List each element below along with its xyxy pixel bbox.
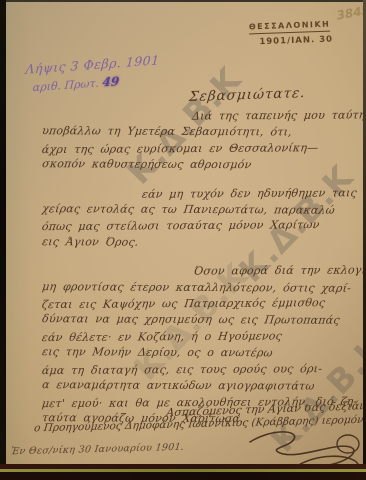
stamp-location: ΘΕΣΣΑΛΟΝΙΚΗ [249, 20, 331, 35]
stamp-date: 1901/ΙΑΝ. 30 [259, 35, 333, 48]
handwritten-line: σκοπόν καθυστερήσεως αθροισμόν [41, 156, 365, 174]
handwritten-line: Όσον αφορά διά την εκλογήν Ιερέως [193, 263, 365, 281]
handwritten-line: εις Άγιον Όρος. [41, 234, 365, 252]
handwritten-line: εάν μη τυχόν δεν ηδυνήθημεν ταις εν [141, 185, 365, 203]
handwritten-line: Διά της ταπεινής μου ταύτης, [191, 107, 365, 125]
salutation: Σεβασμιώτατε. [188, 85, 306, 105]
handwritten-line: όπως μας στείλωσι τοσαύτας μόνον Χαρίτων [41, 217, 365, 236]
protocol-number: 49 [102, 74, 120, 89]
handwritten-line: υποβάλλω τη Υμετέρα Σεβασμιότητι, ότι, [41, 124, 365, 142]
protocol-label: αριθ. Πρωτ. [32, 77, 99, 95]
paper-sheet: Κ.Δ.Β.Κ Κ.Δ.Β.Κ Κ.Δ.Β.Κ Κ.Δ.Β.Κ ΘΕΣΣΑΛΟΝ… [6, 2, 363, 464]
handwritten-line: εις την Μονήν Δερίου, ος ο ανωτέρω [41, 344, 365, 362]
archive-stamp: ΘΕΣΣΑΛΟΝΙΚΗ 3845 1901/ΙΑΝ. 30 [248, 12, 333, 48]
photo-edge-left [0, 0, 6, 480]
handwritten-line: α εναναμάρτητα αντικώδων αγιογραφιστάτω [41, 377, 365, 395]
letter-scan: Κ.Δ.Β.Κ Κ.Δ.Β.Κ Κ.Δ.Β.Κ Κ.Δ.Β.Κ ΘΕΣΣΑΛΟΝ… [0, 0, 366, 480]
handwritten-line: δύναται να μας χρησιμεύση ως εις Πρωτοπα… [41, 312, 365, 330]
stamp-number: 3845 [335, 3, 366, 23]
letter-body: Διά της ταπεινής μου ταύτης, υποβάλλω τη… [42, 108, 364, 427]
receipt-note: Λήψις 3 Φεβρ. 1901 αριθ. Πρωτ. 49 [25, 52, 161, 94]
handwritten-line: μη φροντίσας έτερον καταλληλότερον, όστι… [41, 279, 365, 297]
photo-edge-bottom [0, 464, 366, 480]
photo-edge-top [0, 0, 366, 2]
place-date-line: Ἐν Θεσ/νίκη 30 Ιανουαρίου 1901. [10, 442, 184, 458]
